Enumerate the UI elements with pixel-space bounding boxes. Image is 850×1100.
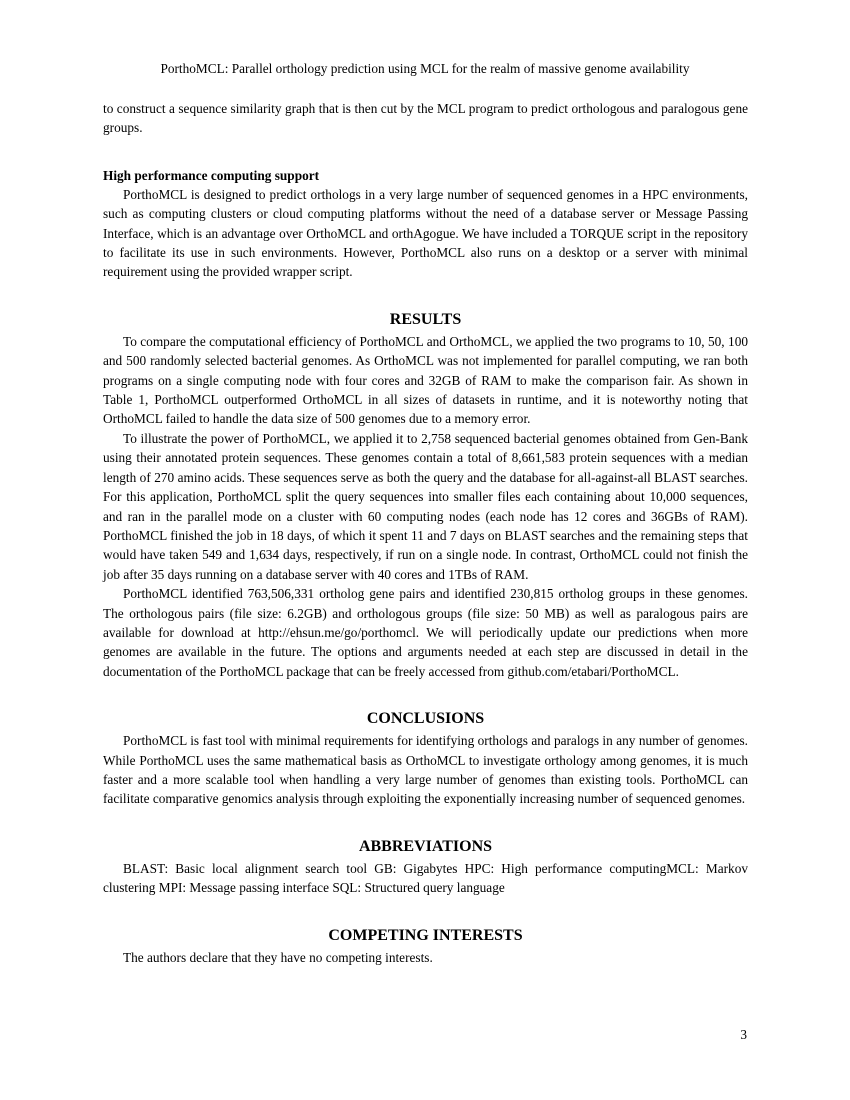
conclusions-paragraph: PorthoMCL is fast tool with minimal requ… [103,731,748,809]
page-content: to construct a sequence similarity graph… [103,99,748,967]
running-header: PorthoMCL: Parallel orthology prediction… [0,61,850,77]
results-heading: RESULTS [103,310,748,330]
results-paragraph-3: PorthoMCL identified 763,506,331 ortholo… [103,584,748,681]
abbreviations-heading: ABBREVIATIONS [103,837,748,857]
hpc-paragraph: PorthoMCL is designed to predict ortholo… [103,185,748,282]
competing-interests-heading: COMPETING INTERESTS [103,926,748,946]
abbreviations-paragraph: BLAST: Basic local alignment search tool… [103,859,748,898]
competing-interests-paragraph: The authors declare that they have no co… [103,948,748,967]
hpc-heading: High performance computing support [103,166,748,185]
conclusions-heading: CONCLUSIONS [103,709,748,729]
results-paragraph-2: To illustrate the power of PorthoMCL, we… [103,429,748,584]
page-number: 3 [740,1027,747,1043]
intro-continuation: to construct a sequence similarity graph… [103,99,748,138]
results-paragraph-1: To compare the computational efficiency … [103,332,748,429]
